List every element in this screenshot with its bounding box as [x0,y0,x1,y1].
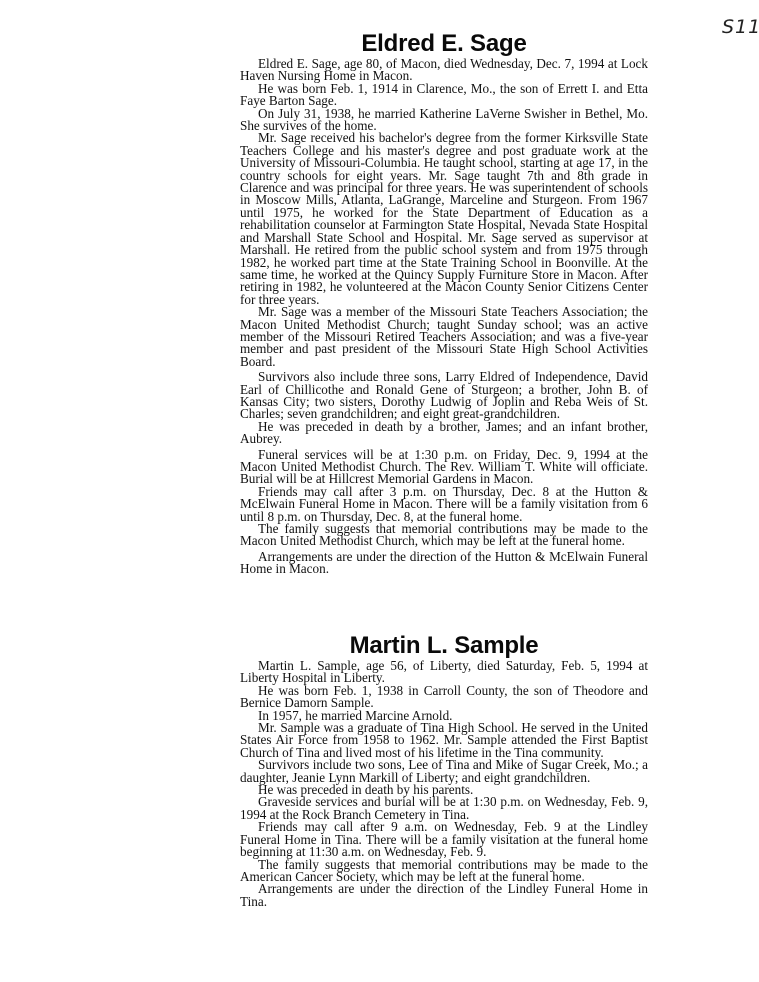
obituary-paragraph: The family suggests that memorial contri… [240,523,648,548]
obituary-eldred-sage: Eldred E. Sage Eldred E. Sage, age 80, o… [240,30,648,576]
obituary-paragraph: The family suggests that memorial contri… [240,859,648,884]
obituary-paragraph: Graveside services and burial will be at… [240,796,648,821]
obituary-paragraph: Friends may call after 9 a.m. on Wednesd… [240,821,648,858]
obituary-title: Martin L. Sample [240,632,648,660]
obituary-paragraph: Arrangements are under the direction of … [240,551,648,576]
obituary-paragraph: He was preceded in death by a brother, J… [240,421,648,446]
obituary-paragraph: Mr. Sample was a graduate of Tina High S… [240,722,648,759]
obituary-martin-sample: Martin L. Sample Martin L. Sample, age 5… [240,632,648,908]
obituary-paragraph: He was born Feb. 1, 1914 in Clarence, Mo… [240,83,648,108]
obituary-paragraph: Friends may call after 3 p.m. on Thursda… [240,486,648,523]
obituary-paragraph: Survivors include two sons, Lee of Tina … [240,759,648,784]
obituary-paragraph: Martin L. Sample, age 56, of Liberty, di… [240,660,648,685]
obituary-title: Eldred E. Sage [240,30,648,58]
obituary-paragraph: Eldred E. Sage, age 80, of Macon, died W… [240,58,648,83]
obituary-paragraph: Mr. Sage was a member of the Missouri St… [240,306,648,368]
obituary-paragraph: Arrangements are under the direction of … [240,883,648,908]
handwritten-page-note: S11C [722,16,759,38]
obituary-paragraph: Mr. Sage received his bachelor's degree … [240,132,648,306]
obituary-paragraph: He was born Feb. 1, 1938 in Carroll Coun… [240,685,648,710]
obituary-paragraph: Survivors also include three sons, Larry… [240,371,648,421]
obituary-paragraph: Funeral services will be at 1:30 p.m. on… [240,449,648,486]
obituary-paragraph: On July 31, 1938, he married Katherine L… [240,108,648,133]
